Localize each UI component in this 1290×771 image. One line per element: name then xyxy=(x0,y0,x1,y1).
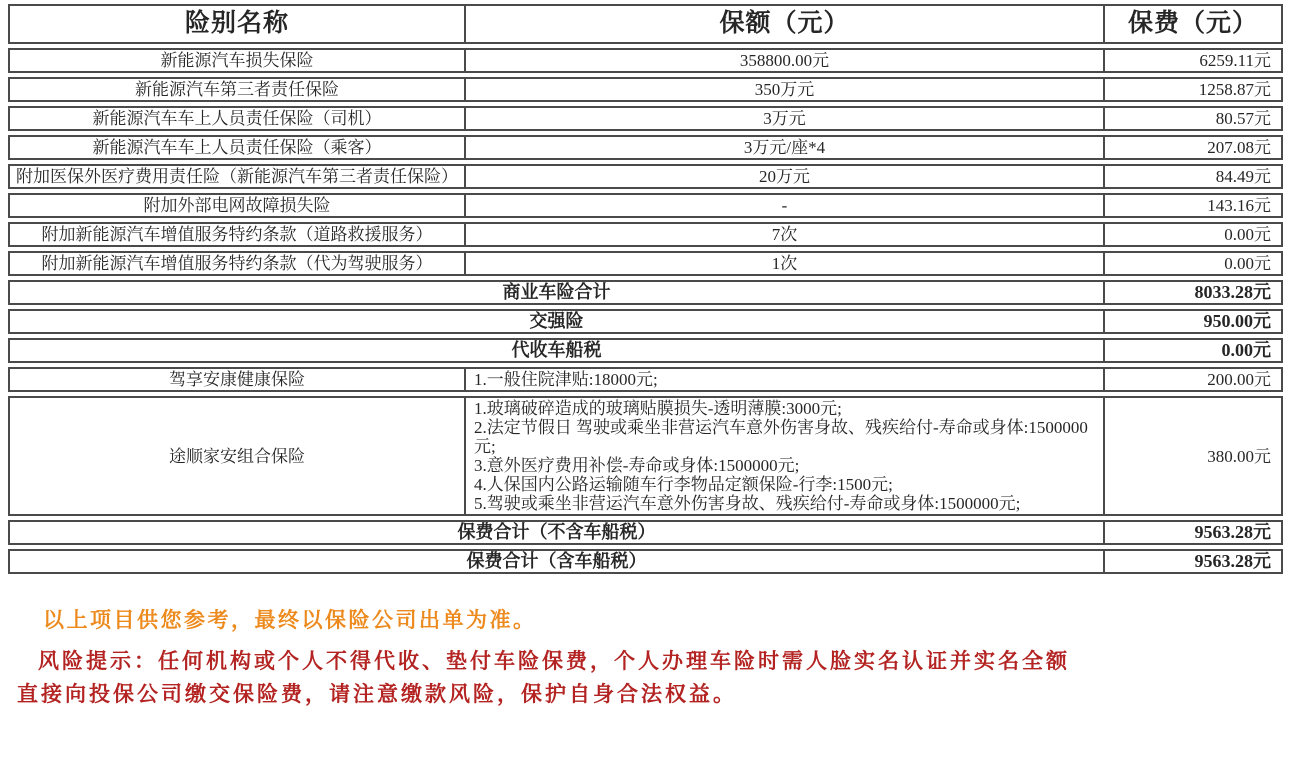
table-row: 附加外部电网故障损失险-143.16元 xyxy=(8,193,1283,218)
summary-label-cell: 交强险 xyxy=(10,311,1103,332)
coverage-amount-cell: 1.一般住院津贴:18000元; xyxy=(464,369,1103,390)
coverage-amount-cell: 3万元/座*4 xyxy=(464,137,1103,158)
table-header-row: 险别名称保额（元）保费（元） xyxy=(8,4,1283,44)
risk-name-cell: 附加新能源汽车增值服务特约条款（代为驾驶服务） xyxy=(10,253,464,274)
coverage-amount-cell: 350万元 xyxy=(464,79,1103,100)
summary-row: 保费合计（含车船税）9563.28元 xyxy=(8,549,1283,574)
premium-cell: 6259.11元 xyxy=(1103,50,1281,71)
table-row: 附加新能源汽车增值服务特约条款（道路救援服务）7次0.00元 xyxy=(8,222,1283,247)
summary-label-cell: 保费合计（不含车船税） xyxy=(10,522,1103,543)
risk-name-cell: 新能源汽车车上人员责任保险（乘客） xyxy=(10,137,464,158)
premium-cell: 200.00元 xyxy=(1103,369,1281,390)
premium-cell: 1258.87元 xyxy=(1103,79,1281,100)
insurance-quote-page: 险别名称保额（元）保费（元）新能源汽车损失保险358800.00元6259.11… xyxy=(0,0,1290,711)
coverage-line: 2.法定节假日 驾驶或乘坐非营运汽车意外伤害身故、残疾给付-寿命或身体:1500… xyxy=(474,418,1095,456)
risk-warning-line-2: 直接向投保公司缴交保险费，请注意缴款风险，保护自身合法权益。 xyxy=(17,678,1283,711)
coverage-amount-cell: - xyxy=(464,195,1103,216)
table-row: 新能源汽车车上人员责任保险（司机）3万元80.57元 xyxy=(8,106,1283,131)
summary-row: 商业车险合计8033.28元 xyxy=(8,280,1283,305)
risk-warning-line-1: 风险提示：任何机构或个人不得代收、垫付车险保费，个人办理车险时需人脸实名认证并实… xyxy=(38,645,1283,678)
premium-cell: 9563.28元 xyxy=(1103,551,1281,572)
coverage-amount-cell: 20万元 xyxy=(464,166,1103,187)
coverage-line: 5.驾驶或乘坐非营运汽车意外伤害身故、残疾给付-寿命或身体:1500000元; xyxy=(474,494,1095,513)
premium-cell: 84.49元 xyxy=(1103,166,1281,187)
table-row: 新能源汽车车上人员责任保险（乘客）3万元/座*4207.08元 xyxy=(8,135,1283,160)
summary-label-cell: 保费合计（含车船税） xyxy=(10,551,1103,572)
coverage-amount-cell: 7次 xyxy=(464,224,1103,245)
header-cell-coverage-amount: 保额（元） xyxy=(464,6,1103,42)
coverage-line: 4.人保国内公路运输随车行李物品定额保险-行李:1500元; xyxy=(474,475,1095,494)
premium-cell: 207.08元 xyxy=(1103,137,1281,158)
coverage-amount-cell: 358800.00元 xyxy=(464,50,1103,71)
premium-cell: 9563.28元 xyxy=(1103,522,1281,543)
premium-cell: 0.00元 xyxy=(1103,340,1281,361)
footnotes: 以上项目供您参考，最终以保险公司出单为准。 风险提示：任何机构或个人不得代收、垫… xyxy=(8,605,1283,711)
summary-label-cell: 商业车险合计 xyxy=(10,282,1103,303)
risk-name-cell: 途顺家安组合保险 xyxy=(10,398,464,514)
coverage-line: 3.意外医疗费用补偿-寿命或身体:1500000元; xyxy=(474,456,1095,475)
premium-cell: 143.16元 xyxy=(1103,195,1281,216)
insurance-quote-table: 险别名称保额（元）保费（元）新能源汽车损失保险358800.00元6259.11… xyxy=(8,4,1283,574)
risk-name-cell: 新能源汽车损失保险 xyxy=(10,50,464,71)
summary-row: 保费合计（不含车船税）9563.28元 xyxy=(8,520,1283,545)
premium-cell: 380.00元 xyxy=(1103,398,1281,514)
premium-cell: 0.00元 xyxy=(1103,224,1281,245)
coverage-amount-cell: 1.玻璃破碎造成的玻璃贴膜损失-透明薄膜:3000元;2.法定节假日 驾驶或乘坐… xyxy=(464,398,1103,514)
disclaimer-text: 以上项目供您参考，最终以保险公司出单为准。 xyxy=(43,605,1283,635)
risk-name-cell: 附加外部电网故障损失险 xyxy=(10,195,464,216)
table-row: 新能源汽车第三者责任保险350万元1258.87元 xyxy=(8,77,1283,102)
table-row: 驾享安康健康保险1.一般住院津贴:18000元;200.00元 xyxy=(8,367,1283,392)
summary-label-cell: 代收车船税 xyxy=(10,340,1103,361)
risk-name-cell: 附加医保外医疗费用责任险（新能源汽车第三者责任保险） xyxy=(10,166,464,187)
premium-cell: 950.00元 xyxy=(1103,311,1281,332)
header-cell-premium: 保费（元） xyxy=(1103,6,1281,42)
risk-name-cell: 新能源汽车车上人员责任保险（司机） xyxy=(10,108,464,129)
summary-row: 交强险950.00元 xyxy=(8,309,1283,334)
coverage-amount-cell: 1次 xyxy=(464,253,1103,274)
table-row: 附加医保外医疗费用责任险（新能源汽车第三者责任保险）20万元84.49元 xyxy=(8,164,1283,189)
coverage-line: 1.玻璃破碎造成的玻璃贴膜损失-透明薄膜:3000元; xyxy=(474,399,1095,418)
coverage-amount-cell: 3万元 xyxy=(464,108,1103,129)
table-row: 途顺家安组合保险1.玻璃破碎造成的玻璃贴膜损失-透明薄膜:3000元;2.法定节… xyxy=(8,396,1283,516)
risk-name-cell: 附加新能源汽车增值服务特约条款（道路救援服务） xyxy=(10,224,464,245)
table-row: 附加新能源汽车增值服务特约条款（代为驾驶服务）1次0.00元 xyxy=(8,251,1283,276)
risk-name-cell: 驾享安康健康保险 xyxy=(10,369,464,390)
premium-cell: 0.00元 xyxy=(1103,253,1281,274)
risk-name-cell: 新能源汽车第三者责任保险 xyxy=(10,79,464,100)
premium-cell: 80.57元 xyxy=(1103,108,1281,129)
premium-cell: 8033.28元 xyxy=(1103,282,1281,303)
summary-row: 代收车船税0.00元 xyxy=(8,338,1283,363)
table-row: 新能源汽车损失保险358800.00元6259.11元 xyxy=(8,48,1283,73)
header-cell-risk-name: 险别名称 xyxy=(10,6,464,42)
